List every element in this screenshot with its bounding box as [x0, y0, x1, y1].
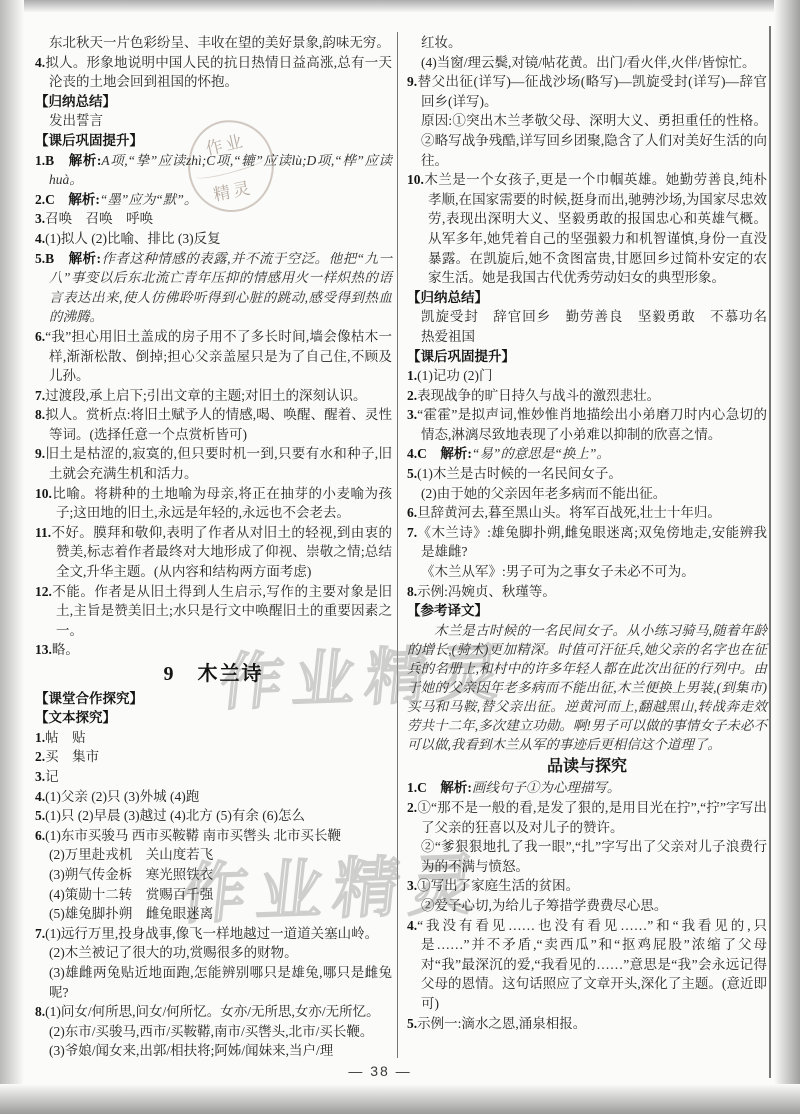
text-segment: ①“那不是一般的看,是发了狠的,是用目光在拧”,“拧”字写出了父亲的狂喜以及对儿… — [417, 800, 767, 835]
paragraph: 9 木兰诗 — [35, 665, 392, 685]
text-segment: “易”的意思是“换上”。 — [472, 446, 610, 461]
text-segment: 9. — [407, 74, 417, 89]
text-segment: 1.B — [35, 153, 54, 168]
paragraph: 13.略。 — [35, 640, 392, 660]
text-segment: ①写出了家庭生活的贫困。 — [417, 878, 579, 893]
text-segment: 1. — [407, 368, 417, 383]
paragraph: ②爱子心切,为给儿子筹措学费费尽心思。 — [421, 896, 767, 916]
text-segment: 5.B — [35, 251, 54, 266]
text-segment: (4)策勋十二转 赏赐百千强 — [49, 887, 213, 902]
paragraph: 木兰是古时候的一名民间女子。从小练习骑马,随着年龄的增长,(骑术)更加精深。时值… — [407, 621, 767, 754]
scan-edge-left — [0, 0, 24, 1114]
paragraph: (2)万里赴戎机 关山度若飞 — [49, 845, 392, 865]
paragraph: 4.(1)拟人 (2)比喻、排比 (3)反复 — [35, 229, 392, 249]
text-segment: 【课后巩固提升】 — [35, 133, 143, 148]
text-segment: 作者这种情感的表露,并不流于空泛。他把“九一八”事变以后东北流亡青年压抑的情感用… — [49, 251, 392, 325]
text-segment: 10. — [35, 486, 52, 501]
paragraph: 4.拟人。形象地说明中国人民的抗日热情日益高涨,总有一天沦丧的土地会回到祖国的怀… — [35, 53, 392, 92]
paragraph: 3.召唤 召唤 呼唤 — [35, 209, 392, 229]
text-segment — [427, 780, 441, 795]
text-segment: 5. — [407, 1016, 417, 1031]
scan-edge-bottom — [0, 1084, 800, 1114]
paragraph: 9.旧土是枯涩的,寂寞的,但只要时机一到,只要有水和种子,旧土就会充满生机和活力… — [35, 444, 392, 483]
text-segment: 表现战争的旷日持久与战斗的激烈悲壮。 — [417, 388, 660, 403]
text-segment: 解析: — [440, 446, 472, 461]
paragraph: 2.①“那不是一般的看,是发了狠的,是用目光在拧”,“拧”字写出了父亲的狂喜以及… — [407, 798, 767, 837]
text-segment: 【文本探究】 — [35, 710, 116, 725]
text-segment: 1.C — [407, 780, 427, 795]
text-segment: 解析: — [68, 192, 100, 207]
text-segment: 凯旋受封 辞官回乡 勤劳善良 坚毅勇敢 不慕功名 热爱祖国 — [421, 309, 781, 344]
text-segment: 13. — [35, 642, 52, 657]
paragraph: 6.“我”担心用旧土盖成的房子用不了多长时间,墙会像枯木一样,渐渐松散、倒掉;担… — [35, 327, 392, 386]
left-column: 东北秋天一片色彩纷呈、丰收在望的美好景象,韵味无穷。4.拟人。形象地说明中国人民… — [35, 33, 392, 1061]
paragraph: (4)当窗/理云鬓,对镜/帖花黄。出门/看火伴,火伴/皆惊忙。 — [421, 53, 767, 73]
paragraph: (3)雄雌两兔贴近地面跑,怎能辨别哪只是雄兔,哪只是雌兔呢? — [49, 963, 392, 1002]
page-number: — 38 — — [300, 1063, 460, 1079]
text-segment: (1)东市买骏马 西市买鞍鞯 南市买辔头 北市买长鞭 — [45, 828, 341, 843]
paragraph: 12.不能。作者是从旧土得到人生启示,写作的主要对象是旧土,主旨是赞美旧土;水只… — [35, 582, 392, 641]
paragraph: 6.旦辞黄河去,暮至黑山头。将军百战死,壮士十年归。 — [407, 503, 767, 523]
paragraph: (2)东市/买骏马,西市/买鞍鞯,南市/买辔头,北市/买长鞭。 — [49, 1022, 392, 1042]
paragraph: 4.C 解析:“易”的意思是“换上”。 — [407, 444, 767, 464]
text-segment: 记 — [45, 769, 59, 784]
text-segment: (1)问女/何所思,问女/何所忆。女亦/无所思,女亦/无所忆。 — [45, 1004, 380, 1019]
text-segment: 原因:①突出木兰孝敬父母、深明大义、勇担重任的性格。②略写战争残酷,详写回乡团聚… — [421, 113, 767, 167]
text-segment: 拟人。形象地说明中国人民的抗日热情日益高涨,总有一天沦丧的土地会回到祖国的怀抱。 — [45, 55, 392, 90]
paragraph: 1.B 解析:A项,“挚”应读zhì;C项,“辘”应读lù;D项,“桦”应读hu… — [35, 151, 392, 190]
right-column: 红妆。(4)当窗/理云鬓,对镜/帖花黄。出门/看火伴,火伴/皆惊忙。9.替父出征… — [407, 33, 767, 1033]
text-segment: 3. — [407, 407, 417, 422]
text-segment: “墨”应为“默”。 — [100, 192, 198, 207]
text-segment: 1. — [35, 730, 45, 745]
text-segment: 【课后巩固提升】 — [407, 349, 515, 364]
paragraph: 6.(1)东市买骏马 西市买鞍鞯 南市买辔头 北市买长鞭 — [35, 826, 392, 846]
paragraph: 1.(1)记功 (2)门 — [407, 366, 767, 386]
text-segment — [54, 251, 68, 266]
paragraph: 7.《木兰诗》:雄兔脚扑朔,雌兔眼迷离;双兔傍地走,安能辨我是雄雌? — [407, 523, 767, 562]
paragraph: 5.(1)只 (2)早晨 (3)越过 (4)北方 (5)有余 (6)怎么 — [35, 806, 392, 826]
paragraph: 【课后巩固提升】 — [407, 347, 767, 367]
text-segment: 【归纳总结】 — [407, 290, 488, 305]
column-divider-line — [397, 32, 398, 1058]
text-segment: 【参考译文】 — [407, 603, 488, 618]
text-segment: 7. — [35, 388, 45, 403]
text-segment: 11. — [35, 525, 51, 540]
text-segment — [54, 153, 69, 168]
text-segment: 10. — [407, 172, 424, 187]
text-segment: 解析: — [440, 780, 472, 795]
paragraph: 【课后巩固提升】 — [35, 131, 392, 151]
page-right-border-line — [769, 26, 771, 1078]
text-segment: 5. — [35, 808, 45, 823]
paragraph: 3.“霍霍”是拟声词,惟妙惟肖地描绘出小弟磨刀时内心急切的情态,淋漓尽致地表现了… — [407, 405, 767, 444]
text-segment: A项,“挚”应读zhì;C项,“辘”应读lù;D项,“桦”应读huà。 — [49, 153, 392, 188]
text-segment: ②“爹狠狠地扎了我一眼”,“扎”字写出了父亲对儿子浪费行为的不满与愤怒。 — [421, 839, 767, 874]
text-segment: 3. — [35, 211, 45, 226]
text-segment: 东北秋天一片色彩纷呈、丰收在望的美好景象,韵味无穷。 — [49, 35, 390, 50]
text-segment: 买 集市 — [45, 749, 99, 764]
text-segment: 9. — [35, 446, 45, 461]
text-segment: 红妆。 — [421, 35, 462, 50]
paragraph: (5)雄兔脚扑朔 雌兔眼迷离 — [49, 904, 392, 924]
scan-edge-top — [0, 0, 800, 12]
text-segment: “霍霍”是拟声词,惟妙惟肖地描绘出小弟磨刀时内心急切的情态,淋漓尽致地表现了小弟… — [417, 407, 767, 442]
text-segment: 4.C — [407, 446, 427, 461]
paragraph: (4)策勋十二转 赏赐百千强 — [49, 885, 392, 905]
text-segment: (5)雄兔脚扑朔 雌兔眼迷离 — [49, 906, 213, 921]
text-segment: (1)远行万里,投身战事,像飞一样地越过一道道关塞山岭。 — [45, 926, 378, 941]
paragraph: 发出誓言 — [49, 111, 392, 131]
text-segment: 《木兰诗》:雄兔脚扑朔,雌兔眼迷离;双兔傍地走,安能辨我是雄雌? — [417, 525, 767, 560]
paragraph: 红妆。 — [421, 33, 767, 53]
paragraph: 8.(1)问女/何所思,问女/何所忆。女亦/无所思,女亦/无所忆。 — [35, 1002, 392, 1022]
paragraph: (3)爷娘/闻女来,出郭/相扶将;阿姊/闻妹来,当户/理 — [49, 1041, 392, 1061]
text-segment: 8. — [35, 1004, 45, 1019]
text-segment: 4. — [35, 231, 45, 246]
text-segment: 不好。膜拜和敬仰,表明了作者从对旧土的轻视,到由衷的赞美,标志着作者最终对大地形… — [51, 525, 392, 579]
text-segment: 画线句子①为心理描写。 — [472, 780, 621, 795]
text-segment: 7. — [35, 926, 45, 941]
paragraph: 2.表现战争的旷日持久与战斗的激烈悲壮。 — [407, 386, 767, 406]
paragraph: 原因:①突出木兰孝敬父母、深明大义、勇担重任的性格。②略写战争残酷,详写回乡团聚… — [421, 111, 767, 170]
text-segment: 2. — [407, 800, 417, 815]
text-segment: (1)拟人 (2)比喻、排比 (3)反复 — [45, 231, 220, 246]
paragraph: 1.C 解析:画线句子①为心理描写。 — [407, 778, 767, 798]
text-segment: (1)父亲 (2)只 (3)外城 (4)跑 — [45, 789, 199, 804]
text-segment: 解析: — [69, 153, 102, 168]
paragraph: 2.C 解析:“墨”应为“默”。 — [35, 190, 392, 210]
text-segment: (2)由于她的父亲因年老多病而不能出征。 — [421, 486, 666, 501]
text-segment: 比喻。将耕种的土地喻为母亲,将正在抽芽的小麦喻为孩子;这田地的旧土,永远是年轻的… — [52, 486, 392, 521]
paragraph: 凯旋受封 辞官回乡 勤劳善良 坚毅勇敢 不慕功名 热爱祖国 — [421, 307, 767, 346]
paragraph: 【参考译文】 — [407, 601, 767, 621]
paragraph: 5.B 解析:作者这种情感的表露,并不流于空泛。他把“九一八”事变以后东北流亡青… — [35, 249, 392, 327]
text-segment: 4. — [35, 55, 45, 70]
paragraph: 4.(1)父亲 (2)只 (3)外城 (4)跑 — [35, 787, 392, 807]
text-segment: 示例一:滴水之恩,涌泉相报。 — [417, 1016, 586, 1031]
text-segment: 【课堂合作探究】 — [35, 691, 143, 706]
paragraph: 5.示例一:滴水之恩,涌泉相报。 — [407, 1014, 767, 1034]
paragraph: 10.木兰是一个女孩子,更是一个巾帼英雄。她勤劳善良,纯朴孝顺,在国家需要的时候… — [407, 170, 767, 288]
text-segment: (4)当窗/理云鬓,对镜/帖花黄。出门/看火伴,火伴/皆惊忙。 — [421, 55, 756, 70]
text-segment: 替父出征(详写)—征战沙场(略写)—凯旋受封(详写)—辞官回乡(详写)。 — [417, 74, 767, 109]
text-segment: 《木兰从军》:男子可为之事女子未必不可为。 — [421, 564, 695, 579]
text-segment: 木兰是一个女孩子,更是一个巾帼英雄。她勤劳善良,纯朴孝顺,在国家需要的时候,挺身… — [424, 172, 767, 285]
text-segment: 旦辞黄河去,暮至黑山头。将军百战死,壮士十年归。 — [417, 505, 721, 520]
paragraph: 品读与探究 — [407, 757, 767, 777]
paragraph: 3.记 — [35, 767, 392, 787]
text-segment: 2.C — [35, 192, 55, 207]
paragraph: (2)由于她的父亲因年老多病而不能出征。 — [421, 484, 767, 504]
text-segment: 2. — [35, 749, 45, 764]
paragraph: 【文本探究】 — [35, 708, 392, 728]
text-segment: 品读与探究 — [547, 758, 627, 775]
text-segment: (2)万里赴戎机 关山度若飞 — [49, 847, 213, 862]
text-segment: (1)木兰是古时候的一名民间女子。 — [417, 466, 622, 481]
text-segment: (1)只 (2)早晨 (3)越过 (4)北方 (5)有余 (6)怎么 — [45, 808, 305, 823]
text-segment: 8. — [407, 584, 417, 599]
text-segment: (3)雄雌两兔贴近地面跑,怎能辨别哪只是雄兔,哪只是雌兔呢? — [49, 965, 392, 1000]
text-segment: “我没有看见……也没有看见……”和“我看见的,只是……”并不矛盾,“卖西瓜”和“… — [417, 918, 767, 1011]
text-segment: 6. — [35, 828, 45, 843]
text-segment: 木兰是古时候的一名民间女子。从小练习骑马,随着年龄的增长,(骑术)更加精深。时值… — [407, 623, 767, 752]
paragraph: (2)木兰被记了很大的功,赏赐很多的财物。 — [49, 943, 392, 963]
text-segment: 不能。作者是从旧土得到人生启示,写作的主要对象是旧土,主旨是赞美旧土;水只是行文… — [52, 584, 392, 638]
paragraph: 11.不好。膜拜和敬仰,表明了作者从对旧土的轻视,到由衷的赞美,标志着作者最终对… — [35, 523, 392, 582]
text-segment: 4. — [407, 918, 417, 933]
paragraph: (3)朔气传金柝 寒光照铁衣 — [49, 865, 392, 885]
text-segment: (2)东市/买骏马,西市/买鞍鞯,南市/买辔头,北市/买长鞭。 — [49, 1024, 373, 1039]
paragraph: 5.(1)木兰是古时候的一名民间女子。 — [407, 464, 767, 484]
scan-edge-right — [774, 0, 800, 1114]
text-segment: 2. — [407, 388, 417, 403]
text-segment: 12. — [35, 584, 52, 599]
text-segment: 旧土是枯涩的,寂寞的,但只要时机一到,只要有水和种子,旧土就会充满生机和活力。 — [45, 446, 392, 481]
text-segment: 6. — [407, 505, 417, 520]
paragraph: 7.(1)远行万里,投身战事,像飞一样地越过一道道关塞山岭。 — [35, 924, 392, 944]
paragraph: 10.比喻。将耕种的土地喻为母亲,将正在抽芽的小麦喻为孩子;这田地的旧土,永远是… — [35, 484, 392, 523]
text-segment: 解析: — [69, 251, 101, 266]
text-segment: 【归纳总结】 — [35, 94, 116, 109]
paragraph: 【归纳总结】 — [35, 92, 392, 112]
text-segment: 帖 贴 — [45, 730, 86, 745]
text-segment: “我”担心用旧土盖成的房子用不了多长时间,墙会像枯木一样,渐渐松散、倒掉;担心父… — [45, 329, 392, 383]
paragraph: 【课堂合作探究】 — [35, 689, 392, 709]
paragraph: 1.帖 贴 — [35, 728, 392, 748]
paragraph: 8.拟人。赏析点:将旧土赋予人的情感,喝、唤醒、醒着、灵性等词。(选择任意一个点… — [35, 405, 392, 444]
text-segment: 拟人。赏析点:将旧土赋予人的情感,喝、唤醒、醒着、灵性等词。(选择任意一个点赏析… — [45, 407, 392, 442]
scanned-workbook-page: { "footer": { "page_number": "38", "disp… — [0, 0, 800, 1114]
paragraph: 8.示例:冯婉贞、秋瑾等。 — [407, 582, 767, 602]
paragraph: 4.“我没有看见……也没有看见……”和“我看见的,只是……”并不矛盾,“卖西瓜”… — [407, 916, 767, 1014]
paragraph: ②“爹狠狠地扎了我一眼”,“扎”字写出了父亲对儿子浪费行为的不满与愤怒。 — [421, 837, 767, 876]
text-segment: 示例:冯婉贞、秋瑾等。 — [417, 584, 556, 599]
text-segment: 5. — [407, 466, 417, 481]
text-segment: 8. — [35, 407, 45, 422]
paragraph: 东北秋天一片色彩纷呈、丰收在望的美好景象,韵味无穷。 — [49, 33, 392, 53]
paragraph: 7.过渡段,承上启下;引出文章的主题;对旧土的深刻认识。 — [35, 386, 392, 406]
text-segment: (3)爷娘/闻女来,出郭/相扶将;阿姊/闻妹来,当户/理 — [49, 1043, 333, 1058]
text-segment: 6. — [35, 329, 45, 344]
text-segment: 4. — [35, 789, 45, 804]
text-segment: 召唤 召唤 呼唤 — [45, 211, 153, 226]
text-segment: 3. — [407, 878, 417, 893]
paragraph: 2.买 集市 — [35, 747, 392, 767]
paragraph: 《木兰从军》:男子可为之事女子未必不可为。 — [421, 562, 767, 582]
text-segment: (2)木兰被记了很大的功,赏赐很多的财物。 — [49, 945, 298, 960]
text-segment: 7. — [407, 525, 417, 540]
text-segment: (3)朔气传金柝 寒光照铁衣 — [49, 867, 213, 882]
text-segment: 9 木兰诗 — [164, 663, 264, 685]
text-segment: ②爱子心切,为给儿子筹措学费费尽心思。 — [421, 898, 667, 913]
text-segment: (1)记功 (2)门 — [417, 368, 492, 383]
text-segment — [427, 446, 441, 461]
paragraph: 【归纳总结】 — [407, 288, 767, 308]
paragraph: 9.替父出征(详写)—征战沙场(略写)—凯旋受封(详写)—辞官回乡(详写)。 — [407, 72, 767, 111]
text-segment: 略。 — [52, 642, 79, 657]
text-segment — [55, 192, 69, 207]
paragraph: 3.①写出了家庭生活的贫困。 — [407, 876, 767, 896]
text-segment: 发出誓言 — [49, 113, 103, 128]
text-segment: 3. — [35, 769, 45, 784]
text-segment: 过渡段,承上启下;引出文章的主题;对旧土的深刻认识。 — [45, 388, 366, 403]
